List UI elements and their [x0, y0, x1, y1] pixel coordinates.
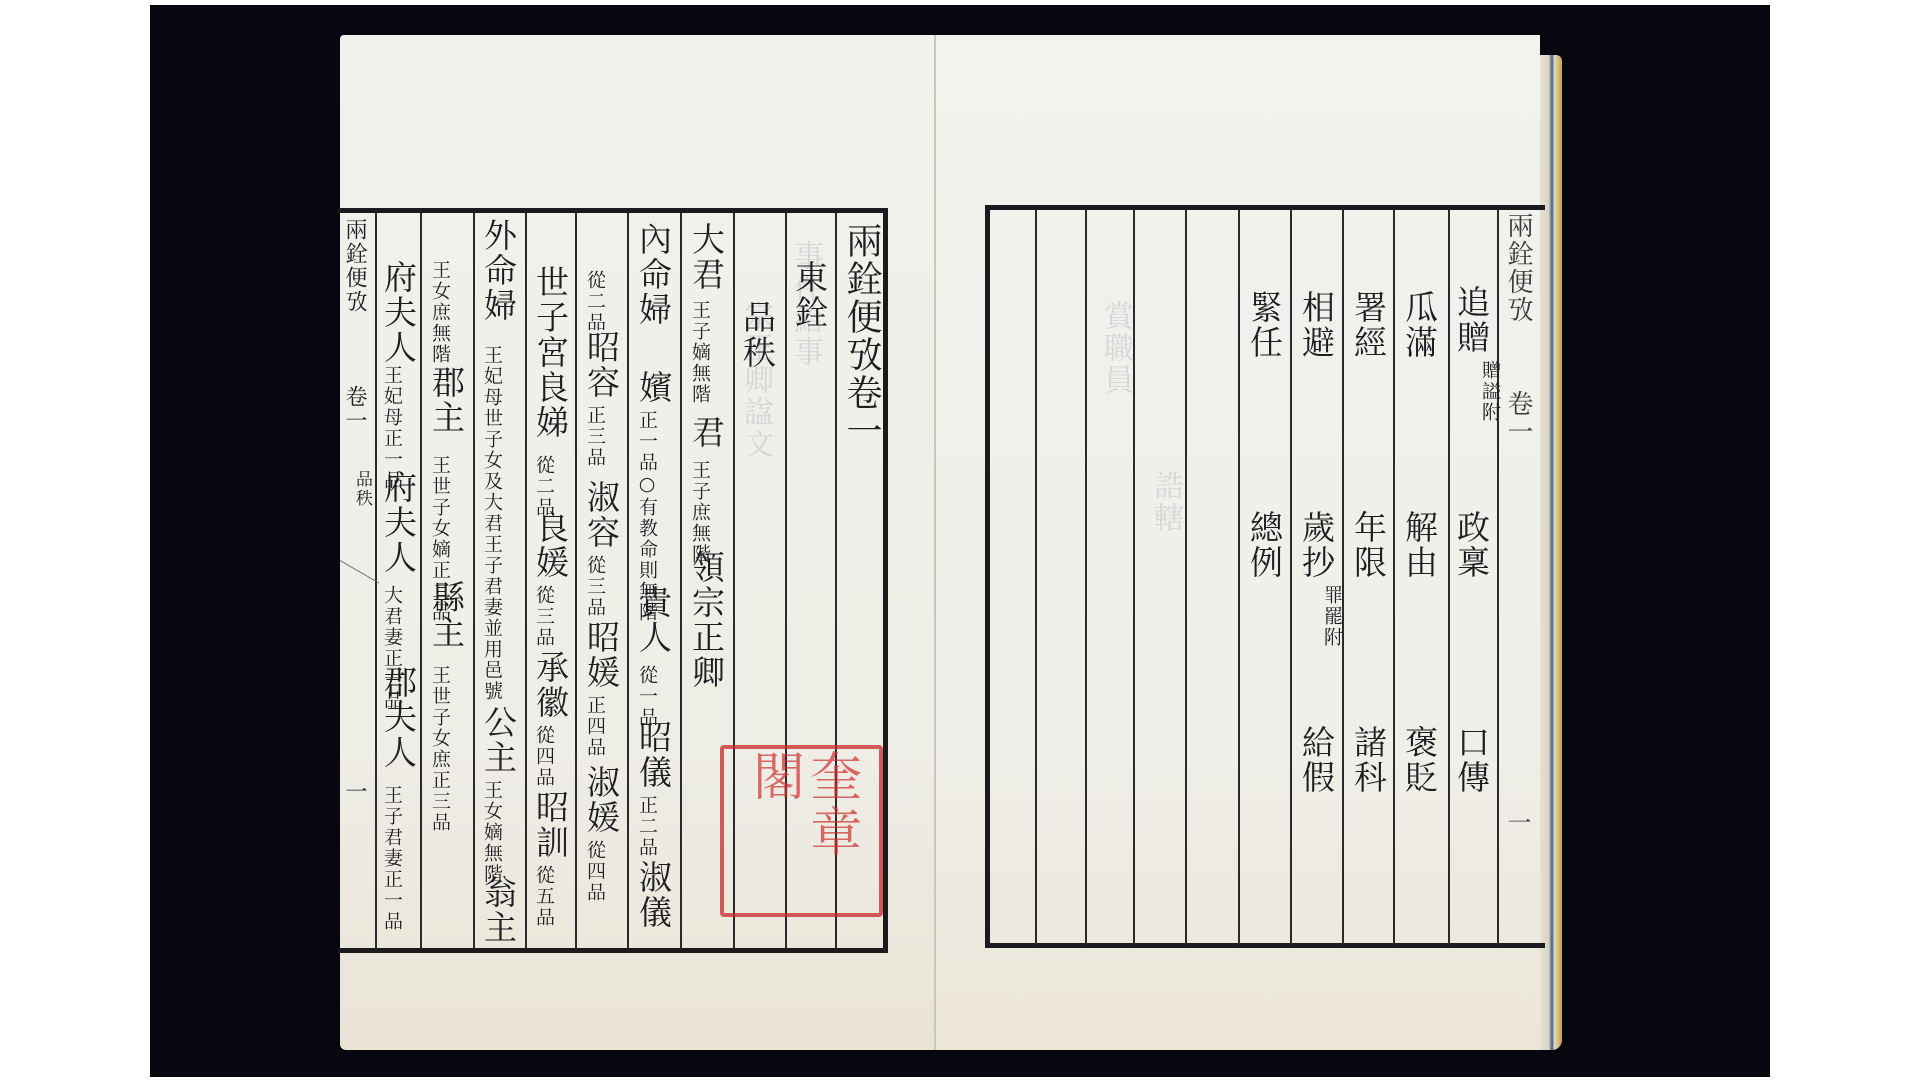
- rank-title: 君: [690, 415, 723, 450]
- rank-annotation: 從一品: [637, 665, 656, 725]
- rank-title: 昭媛: [585, 620, 618, 690]
- column-rule: [525, 213, 527, 950]
- subsection-heading-ranks: 品秩: [741, 300, 774, 370]
- rank-annotation: 王女庶無階: [430, 260, 449, 350]
- fold-book-title: 兩銓便攷: [343, 218, 365, 314]
- fold-section-label: 品秩: [353, 470, 370, 508]
- rank-annotation: 正一品○有教命則無階: [637, 410, 656, 600]
- fold-page-number: 一: [1505, 810, 1529, 836]
- column-rule: [1238, 210, 1240, 945]
- index-entry: 瓜滿: [1403, 290, 1436, 360]
- rank-annotation: 從四品: [534, 725, 553, 785]
- column-rule: [1342, 210, 1344, 945]
- fold-page-number: 一: [343, 780, 365, 804]
- rank-annotation: 從五品: [534, 865, 553, 925]
- rank-title: 承徽: [534, 650, 567, 720]
- rank-annotation: 正三品: [585, 405, 604, 465]
- index-entry: 褒貶: [1403, 725, 1436, 795]
- rank-title: 貴人: [637, 585, 670, 655]
- index-entry: 緊任: [1248, 290, 1281, 360]
- index-entry: 年限: [1352, 510, 1385, 580]
- rank-title: 良媛: [534, 510, 567, 580]
- column-rule: [1290, 210, 1292, 945]
- index-entry-note: 罪罷附: [1322, 585, 1341, 685]
- rank-title: 府夫人: [382, 260, 415, 365]
- rank-title: 昭容: [585, 330, 618, 400]
- rank-title: 淑容: [585, 480, 618, 550]
- rank-annotation: 從三品: [585, 555, 604, 615]
- index-entry: 解由: [1403, 510, 1436, 580]
- rank-annotation: 王女嫡無階: [482, 780, 501, 870]
- column-rule: [575, 213, 577, 950]
- book-title-heading: 兩銓便攷卷一: [843, 222, 879, 450]
- column-rule: [1133, 210, 1135, 945]
- rank-title: 嬪: [637, 370, 670, 405]
- index-entry: 諸科: [1352, 725, 1385, 795]
- section-heading-east-selection: 東銓: [793, 260, 826, 330]
- column-rule: [420, 213, 422, 950]
- rank-annotation: 王妃母正一品: [382, 365, 401, 455]
- rank-title: 府夫人: [382, 470, 415, 575]
- rank-annotation: 王子君妻正一品: [382, 785, 401, 925]
- column-rule: [1393, 210, 1395, 945]
- index-entry: 口傳: [1455, 725, 1488, 795]
- rank-title: 昭訓: [534, 790, 567, 860]
- fold-volume-label: 卷一: [1505, 390, 1531, 446]
- fold-volume-label: 卷一: [343, 385, 365, 433]
- rank-annotation: 正二品: [637, 795, 656, 855]
- index-entry: 政稟: [1455, 510, 1488, 580]
- rank-title: 淑媛: [585, 765, 618, 835]
- rank-annotation: 從四品: [585, 840, 604, 900]
- column-rule: [627, 213, 629, 950]
- rank-title: 領宗正卿: [690, 550, 723, 690]
- rank-annotation: 王世子女庶正三品: [430, 665, 449, 795]
- index-entry: 相避: [1300, 290, 1333, 360]
- rank-annotation: 從二品: [534, 455, 553, 515]
- rank-annotation: 王子嫡無階: [690, 300, 709, 430]
- rank-title: 大君: [690, 222, 723, 292]
- rank-title: 翁主: [482, 875, 515, 945]
- rank-annotation: 王世子女嫡正二品: [430, 455, 449, 585]
- rank-annotation: 王妃母世子女及大君王子君妻並用邑號: [482, 345, 501, 615]
- index-entry: 總例: [1248, 510, 1281, 580]
- column-rule: [473, 213, 475, 950]
- rank-annotation: 大君妻正一品: [382, 585, 401, 675]
- index-entry: 給假: [1300, 725, 1333, 795]
- bleed-through-text: 誥轄: [1150, 470, 1180, 534]
- index-entry-note: 贈謚附: [1480, 360, 1499, 460]
- rank-title: 淑儀: [637, 860, 670, 930]
- rank-annotation: 正四品: [585, 695, 604, 755]
- rank-title: 昭儀: [637, 720, 670, 790]
- column-rule: [1185, 210, 1187, 945]
- rank-title: 郡夫人: [382, 665, 415, 770]
- index-entry: 署經: [1352, 290, 1385, 360]
- rank-category: 內命婦: [637, 222, 670, 327]
- fold-book-title: 兩銓便攷: [1505, 212, 1531, 324]
- rank-title: 郡主: [430, 365, 463, 435]
- rank-title: 縣主: [430, 580, 463, 650]
- red-ownership-seal: 奎章閣: [720, 745, 883, 917]
- column-rule: [1448, 210, 1450, 945]
- bleed-through-text: 賞職員: [1100, 300, 1130, 396]
- index-entry: 歲抄: [1300, 510, 1333, 580]
- rank-category: 外命婦: [482, 218, 515, 323]
- rank-title: 世子宮良娣: [534, 265, 567, 440]
- column-rule: [1085, 210, 1087, 945]
- rank-annotation: 從三品: [534, 585, 553, 645]
- column-rule: [1497, 210, 1499, 945]
- column-rule: [1035, 210, 1037, 945]
- index-entry: 追贈: [1455, 285, 1488, 355]
- column-rule: [680, 213, 682, 950]
- rank-title: 公主: [482, 705, 515, 775]
- rank-annotation: 王子庶無階: [690, 460, 709, 550]
